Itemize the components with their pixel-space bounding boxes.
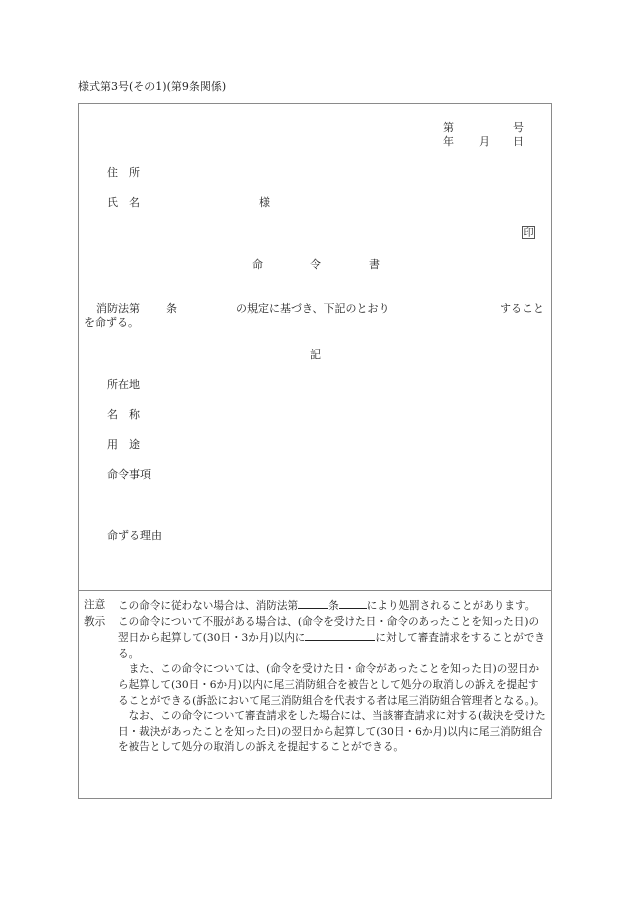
address-label: 住 所 [107, 166, 140, 180]
item-order-matter: 命令事項 [107, 468, 151, 482]
body-order: を命ずる。 [84, 316, 139, 330]
caution-label: 注意 [84, 598, 118, 615]
caution-text-c: により処罰されることがあります。 [367, 600, 536, 612]
item-location: 所在地 [107, 378, 140, 392]
caution-text-b: 条 [328, 600, 339, 612]
caution-note: 注意 この命令に従わない場合は、消防法第条により処罰されることがあります。 [84, 598, 548, 615]
date-year: 年 [443, 135, 454, 149]
name-label: 氏 名 [107, 196, 140, 210]
item-name: 名 称 [107, 408, 140, 422]
body-article: 条 [166, 302, 177, 316]
body-basis: の規定に基づき、下記のとおり [236, 302, 390, 316]
record-marker: 記 [310, 348, 321, 362]
notes-divider [78, 590, 552, 591]
item-use: 用 途 [107, 438, 140, 452]
title-char-3: 書 [369, 258, 380, 272]
form-title: 様式第3号(その1)(第9条関係) [78, 80, 226, 94]
instruction-note: 教示 この命令について不服がある場合は、(命令を受けた日・命令のあったことを知っ… [84, 615, 548, 756]
penalty-blank [339, 598, 367, 609]
seal-stamp: 印 [522, 226, 535, 239]
instruction-p2: また、この命令については、(命令を受けた日・命令があったことを知った日)の翌日か… [118, 662, 548, 709]
notes-section: 注意 この命令に従わない場合は、消防法第条により処罰されることがあります。 教示… [84, 598, 548, 756]
body-action: すること [500, 302, 544, 316]
date-day: 日 [513, 135, 524, 149]
body-law-prefix: 消防法第 [96, 302, 140, 316]
number-suffix: 号 [513, 121, 524, 135]
number-prefix: 第 [443, 121, 454, 135]
item-reason: 命ずる理由 [107, 529, 162, 543]
date-month: 月 [479, 135, 490, 149]
caution-text-a: この命令に従わない場合は、消防法第 [118, 600, 298, 612]
title-char-1: 命 [252, 258, 263, 272]
honorific: 様 [259, 196, 270, 210]
article-blank [298, 598, 328, 609]
title-char-2: 令 [310, 258, 321, 272]
review-authority-blank [305, 630, 375, 641]
instruction-p3: なお、この命令について審査請求をした場合には、当該審査請求に対する(裁決を受けた… [118, 709, 548, 756]
instruction-label: 教示 [84, 615, 118, 756]
